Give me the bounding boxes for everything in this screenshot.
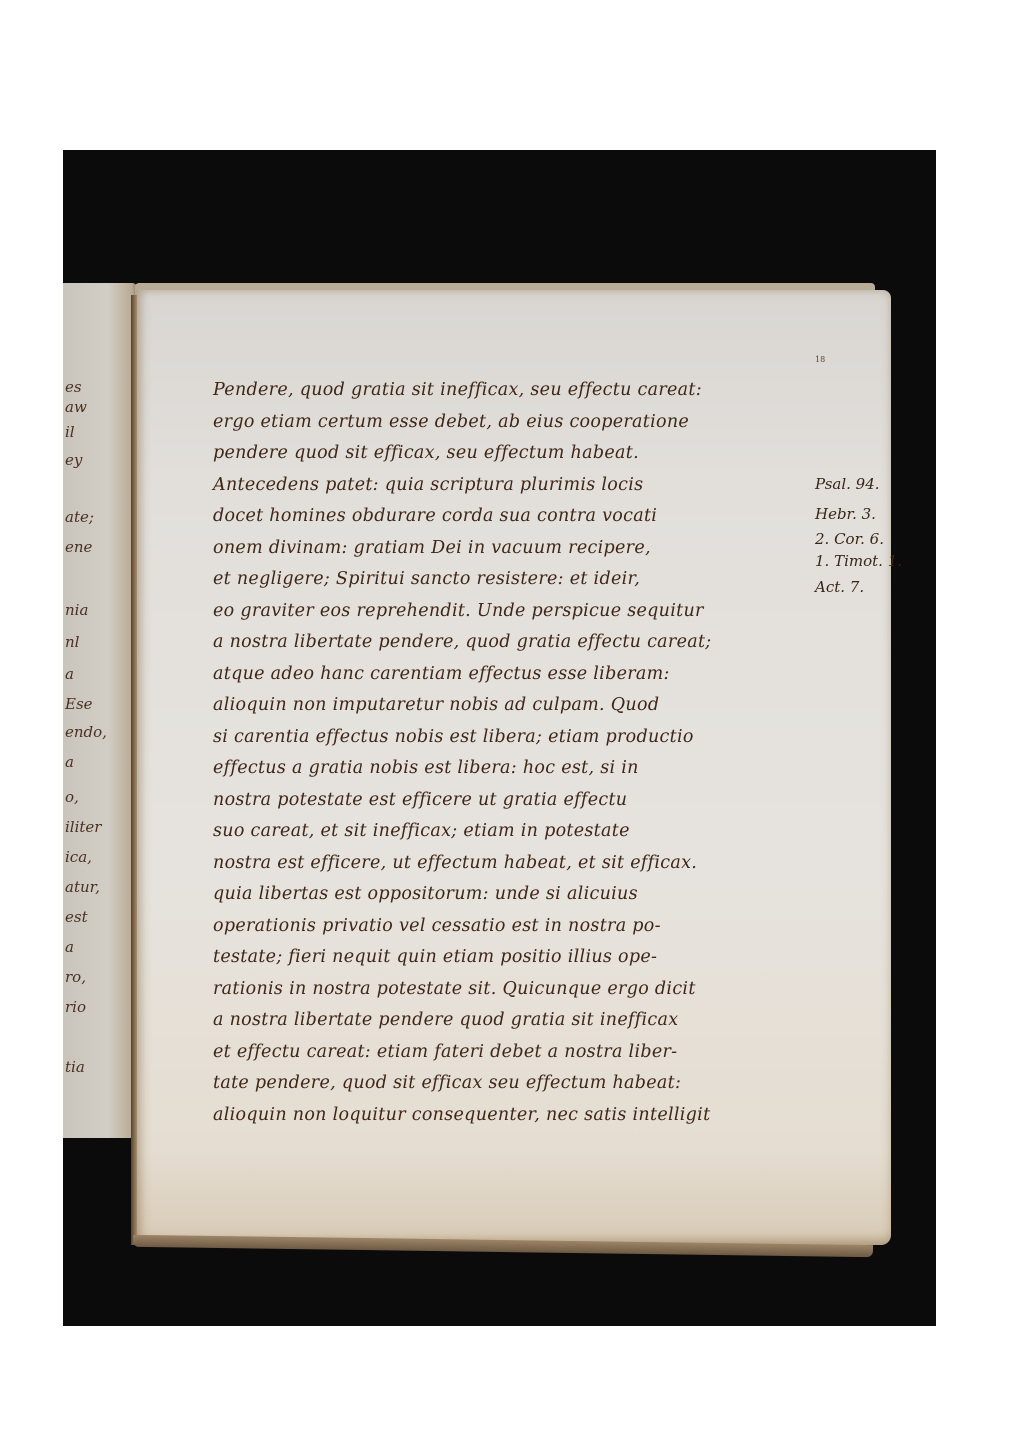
left-page-fragment: Ese: [65, 695, 93, 713]
left-page-fragment: ro,: [65, 968, 86, 986]
text-line: alioquin non imputaretur nobis ad culpam…: [213, 690, 853, 722]
left-page-fragment: il: [65, 423, 75, 441]
folio-mark: 18: [815, 355, 825, 364]
left-page-fragment: a: [65, 753, 74, 771]
text-line: nostra est efficere, ut effectum habeat,…: [213, 848, 853, 880]
text-line: alioquin non loquitur consequenter, nec …: [213, 1100, 853, 1132]
left-page-fragment: nl: [65, 633, 79, 651]
text-line: effectus a gratia nobis est libera: hoc …: [213, 753, 853, 785]
manuscript-text-block: Pendere, quod gratia sit inefficax, seu …: [213, 375, 853, 1131]
text-line: Pendere, quod gratia sit inefficax, seu …: [213, 375, 853, 407]
text-line: a nostra libertate pendere, quod gratia …: [213, 627, 853, 659]
text-line: quia libertas est oppositorum: unde si a…: [213, 879, 853, 911]
left-page-fragment: est: [65, 908, 88, 926]
text-line: si carentia effectus nobis est libera; e…: [213, 722, 853, 754]
marginal-reference: Psal. 94.: [815, 475, 880, 493]
manuscript-photo: esawileyate;enenianlaEseendo,ao,iliteric…: [63, 150, 936, 1326]
left-page-fragment: atur,: [65, 878, 100, 896]
text-line: atque adeo hanc carentiam effectus esse …: [213, 659, 853, 691]
marginal-reference: 1. Timot. 1.: [815, 552, 902, 570]
text-line: a nostra libertate pendere quod gratia s…: [213, 1005, 853, 1037]
text-line: et effectu careat: etiam fateri debet a …: [213, 1037, 853, 1069]
left-page-fragment: o,: [65, 788, 79, 806]
text-line: ergo etiam certum esse debet, ab eius co…: [213, 407, 853, 439]
text-line: docet homines obdurare corda sua contra …: [213, 501, 853, 533]
text-line: rationis in nostra potestate sit. Quicun…: [213, 974, 853, 1006]
text-line: Antecedens patet: quia scriptura plurimi…: [213, 470, 853, 502]
text-line: eo graviter eos reprehendit. Unde perspi…: [213, 596, 853, 628]
left-page-fragment: iliter: [65, 818, 101, 836]
left-page-fragment: rio: [65, 998, 86, 1016]
left-page-fragment: es: [65, 378, 82, 396]
text-line: testate; fieri nequit quin etiam positio…: [213, 942, 853, 974]
text-line: pendere quod sit efficax, seu effectum h…: [213, 438, 853, 470]
text-line: et negligere; Spiritui sancto resistere:…: [213, 564, 853, 596]
left-page-fragment: aw: [65, 398, 87, 416]
text-line: onem divinam: gratiam Dei in vacuum reci…: [213, 533, 853, 565]
left-page-fragment: ey: [65, 451, 82, 469]
left-page-fragment: ica,: [65, 848, 92, 866]
left-page-fragment: ene: [65, 538, 92, 556]
left-page-fragment: endo,: [65, 723, 107, 741]
left-page-fragment: a: [65, 938, 74, 956]
text-line: nostra potestate est efficere ut gratia …: [213, 785, 853, 817]
left-page-fragment: nia: [65, 601, 88, 619]
marginal-reference: Act. 7.: [815, 578, 864, 596]
text-line: operationis privatio vel cessatio est in…: [213, 911, 853, 943]
book-spine: [131, 295, 137, 1245]
marginal-reference: Hebr. 3.: [815, 505, 876, 523]
left-page-fragment: tia: [65, 1058, 85, 1076]
text-line: suo careat, et sit inefficax; etiam in p…: [213, 816, 853, 848]
left-page-fragment: a: [65, 665, 74, 683]
left-page-fragment: ate;: [65, 508, 94, 526]
text-line: tate pendere, quod sit efficax seu effec…: [213, 1068, 853, 1100]
marginal-reference: 2. Cor. 6.: [815, 530, 884, 548]
left-page: esawileyate;enenianlaEseendo,ao,iliteric…: [63, 283, 138, 1138]
